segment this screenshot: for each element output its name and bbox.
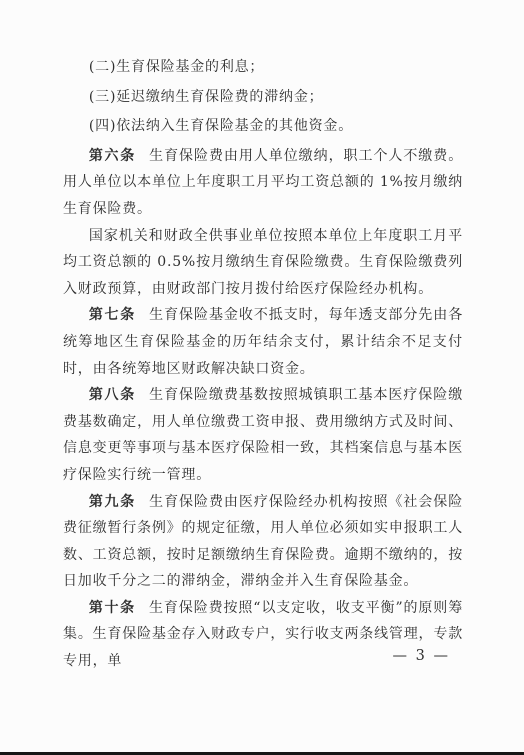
list-item-text: (四)依法纳入生育保险基金的其他资金。	[89, 118, 353, 134]
article-number: 第七条	[89, 307, 136, 323]
document-page: (二)生育保险基金的利息； (三)延迟缴纳生育保险费的滞纳金； (四)依法纳入生…	[0, 0, 524, 755]
list-item-text: (三)延迟缴纳生育保险费的滞纳金；	[89, 89, 324, 105]
article-number: 第六条	[89, 148, 136, 164]
list-item: (二)生育保险基金的利息；	[63, 54, 463, 81]
article-paragraph: 第七条生育保险基金收不抵支时，每年透支部分先由各统筹地区生育保险基金的历年结余支…	[63, 302, 463, 382]
list-item-text: (二)生育保险基金的利息；	[89, 59, 264, 75]
list-item: (三)延迟缴纳生育保险费的滞纳金；	[63, 84, 463, 111]
document-body: (二)生育保险基金的利息； (三)延迟缴纳生育保险费的滞纳金； (四)依法纳入生…	[63, 54, 463, 675]
article-number: 第九条	[89, 494, 136, 510]
body-paragraph: 国家机关和财政全供事业单位按照本单位上年度职工月平均工资总额的 0.5%按月缴纳…	[63, 223, 463, 303]
body-text: 国家机关和财政全供事业单位按照本单位上年度职工月平均工资总额的 0.5%按月缴纳…	[63, 228, 463, 297]
article-number: 第十条	[89, 600, 136, 616]
page-number: — 3 —	[393, 648, 450, 664]
article-paragraph: 第六条生育保险费由用人单位缴纳，职工个人不缴费。用人单位以本单位上年度职工月平均…	[63, 143, 463, 223]
article-paragraph: 第九条生育保险费由医疗保险经办机构按照《社会保险费征缴暂行条例》的规定征缴，用人…	[63, 489, 463, 595]
list-item: (四)依法纳入生育保险基金的其他资金。	[63, 113, 463, 140]
article-number: 第八条	[89, 387, 136, 403]
article-paragraph: 第八条生育保险缴费基数按照城镇职工基本医疗保险缴费基数确定，用人单位缴费工资申报…	[63, 382, 463, 488]
